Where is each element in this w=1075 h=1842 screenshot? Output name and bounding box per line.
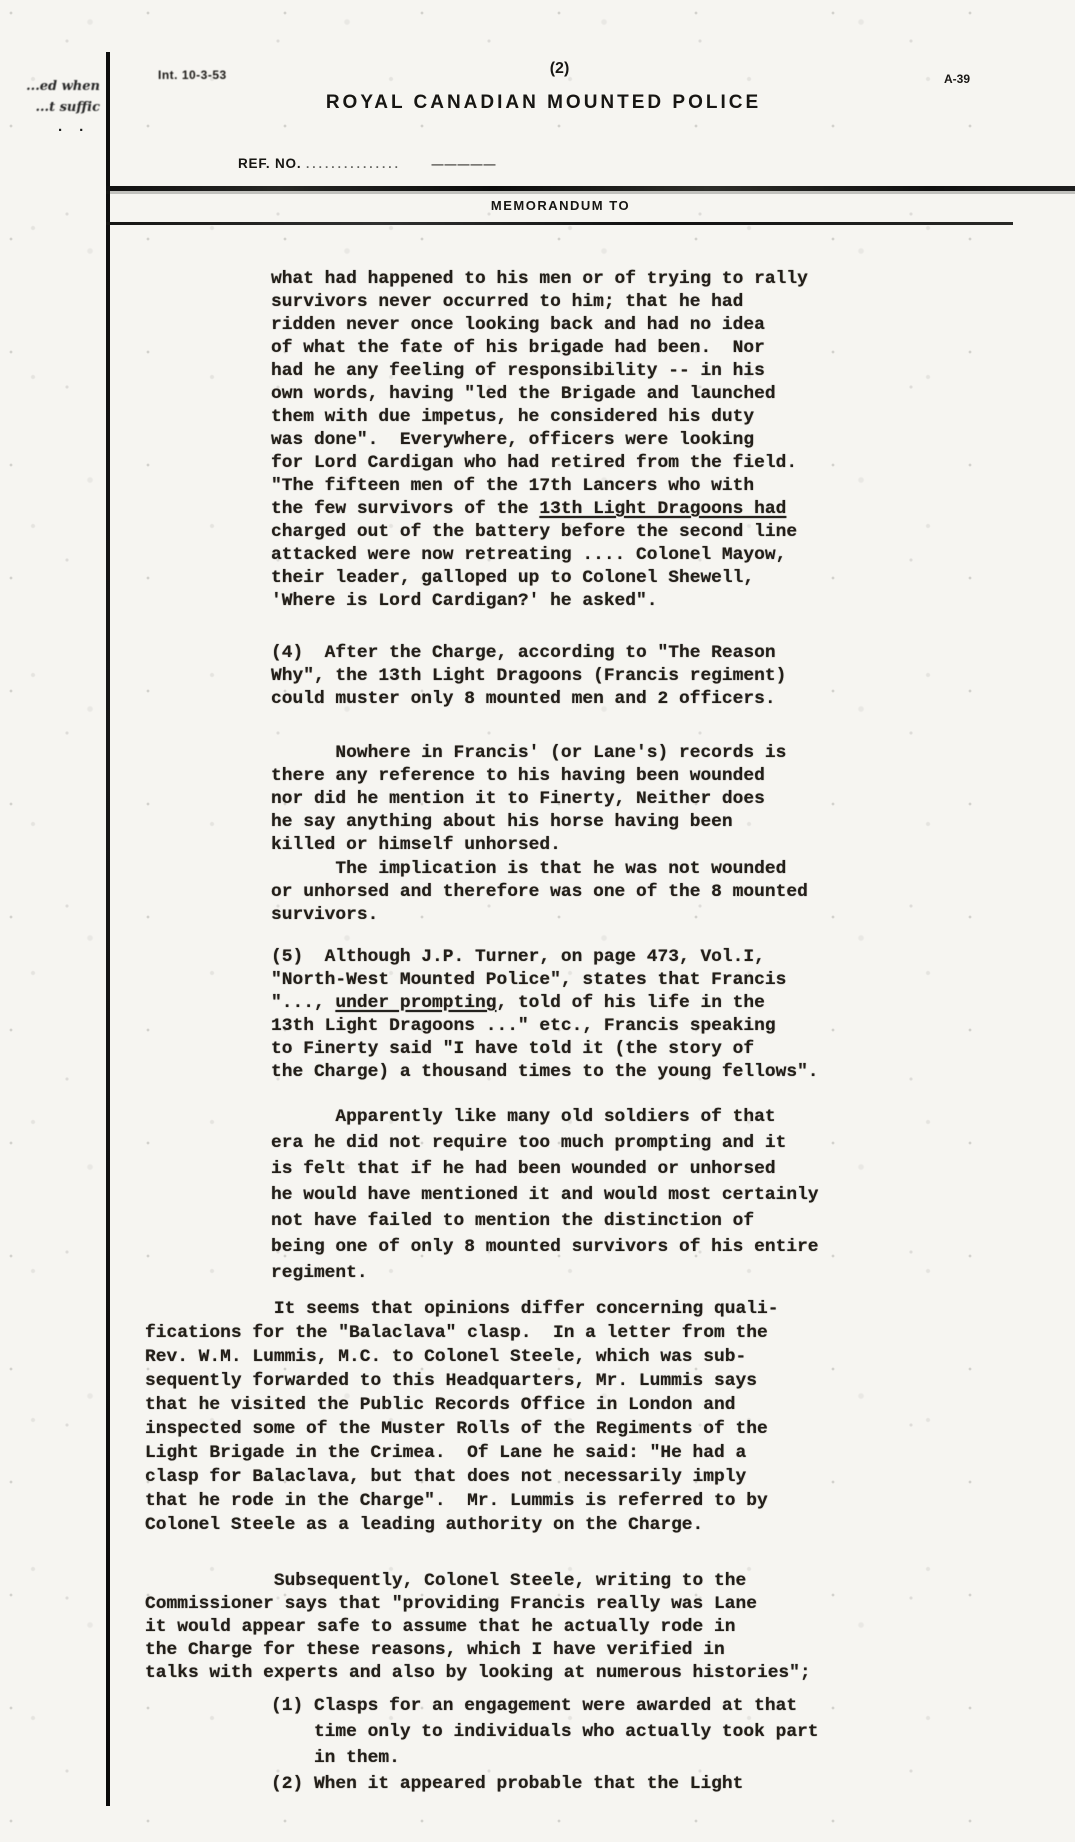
scan-layer: ...ed when ...t suffic · · Int. 10-3-53 … xyxy=(0,0,1075,1842)
text-line: or unhorsed and therefore was one of the… xyxy=(271,881,808,904)
text-line: ridden never once looking back and had n… xyxy=(271,314,808,337)
text-line: The implication is that he was not wound… xyxy=(271,858,808,881)
text-line: there any reference to his having been w… xyxy=(271,765,786,788)
text-line: (5) Although J.P. Turner, on page 473, V… xyxy=(271,946,819,969)
text-line: was done". Everywhere, officers were loo… xyxy=(271,429,808,452)
paragraph: (4) After the Charge, according to "The … xyxy=(271,642,786,711)
text-line: Light Brigade in the Crimea. Of Lane he … xyxy=(145,1441,778,1465)
text-line: being one of only 8 mounted survivors of… xyxy=(271,1234,819,1260)
paragraph: The implication is that he was not wound… xyxy=(271,858,808,927)
paragraph: Subsequently, Colonel Steele, writing to… xyxy=(145,1570,811,1685)
text-line: the Charge for these reasons, which I ha… xyxy=(145,1639,811,1662)
text-line: fications for the "Balaclava" clasp. In … xyxy=(145,1321,778,1345)
text-line: (1) Clasps for an engagement were awarde… xyxy=(271,1693,819,1719)
text-line: the Charge) a thousand times to the youn… xyxy=(271,1061,819,1084)
text-line: Rev. W.M. Lummis, M.C. to Colonel Steele… xyxy=(145,1345,778,1369)
text-line: their leader, galloped up to Colonel She… xyxy=(271,567,808,590)
text-line: charged out of the battery before the se… xyxy=(271,521,808,544)
text-line: talks with experts and also by looking a… xyxy=(145,1662,811,1685)
text-line: "The fifteen men of the 17th Lancers who… xyxy=(271,475,808,498)
document-body: what had happened to his men or of tryin… xyxy=(0,0,1075,1842)
text-line: It seems that opinions differ concerning… xyxy=(145,1297,778,1321)
text-line: regiment. xyxy=(271,1260,819,1286)
text-line: he say anything about his horse having b… xyxy=(271,811,786,834)
text-line: that he rode in the Charge". Mr. Lummis … xyxy=(145,1489,778,1513)
text-line: of what the fate of his brigade had been… xyxy=(271,337,808,360)
paragraph: It seems that opinions differ concerning… xyxy=(145,1297,778,1537)
text-line: to Finerty said "I have told it (the sto… xyxy=(271,1038,819,1061)
text-line: in them. xyxy=(271,1745,819,1771)
paragraph: (5) Although J.P. Turner, on page 473, V… xyxy=(271,946,819,1084)
text-line: them with due impetus, he considered his… xyxy=(271,406,808,429)
paragraph: Nowhere in Francis' (or Lane's) records … xyxy=(271,742,786,857)
text-line: clasp for Balaclava, but that does not n… xyxy=(145,1465,778,1489)
text-line: inspected some of the Muster Rolls of th… xyxy=(145,1417,778,1441)
text-line: time only to individuals who actually to… xyxy=(271,1719,819,1745)
text-line: the few survivors of the 13th Light Drag… xyxy=(271,498,808,521)
text-line: "North-West Mounted Police", states that… xyxy=(271,969,819,992)
text-line: Why", the 13th Light Dragoons (Francis r… xyxy=(271,665,786,688)
text-line: is felt that if he had been wounded or u… xyxy=(271,1156,819,1182)
text-line: nor did he mention it to Finerty, Neithe… xyxy=(271,788,786,811)
text-line: that he visited the Public Records Offic… xyxy=(145,1393,778,1417)
paragraph: Apparently like many old soldiers of tha… xyxy=(271,1104,819,1286)
paragraph: what had happened to his men or of tryin… xyxy=(271,268,808,613)
text-line: killed or himself unhorsed. xyxy=(271,834,786,857)
paragraph: (1) Clasps for an engagement were awarde… xyxy=(271,1693,819,1797)
text-line: own words, having "led the Brigade and l… xyxy=(271,383,808,406)
text-line: "..., under prompting, told of his life … xyxy=(271,992,819,1015)
text-line: Colonel Steele as a leading authority on… xyxy=(145,1513,778,1537)
text-line: it would appear safe to assume that he a… xyxy=(145,1616,811,1639)
text-line: 'Where is Lord Cardigan?' he asked". xyxy=(271,590,808,613)
text-line: for Lord Cardigan who had retired from t… xyxy=(271,452,808,475)
text-line: not have failed to mention the distincti… xyxy=(271,1208,819,1234)
text-line: sequently forwarded to this Headquarters… xyxy=(145,1369,778,1393)
text-line: Nowhere in Francis' (or Lane's) records … xyxy=(271,742,786,765)
text-line: had he any feeling of responsibility -- … xyxy=(271,360,808,383)
text-line: could muster only 8 mounted men and 2 of… xyxy=(271,688,786,711)
text-line: 13th Light Dragoons ..." etc., Francis s… xyxy=(271,1015,819,1038)
text-line: Apparently like many old soldiers of tha… xyxy=(271,1104,819,1130)
text-line: Subsequently, Colonel Steele, writing to… xyxy=(145,1570,811,1593)
scanned-memo-page: ...ed when ...t suffic · · Int. 10-3-53 … xyxy=(0,0,1075,1842)
text-line: survivors never occurred to him; that he… xyxy=(271,291,808,314)
text-line: (4) After the Charge, according to "The … xyxy=(271,642,786,665)
text-line: attacked were now retreating .... Colone… xyxy=(271,544,808,567)
text-line: Commissioner says that "providing Franci… xyxy=(145,1593,811,1616)
text-line: era he did not require too much promptin… xyxy=(271,1130,819,1156)
text-line: survivors. xyxy=(271,904,808,927)
text-line: he would have mentioned it and would mos… xyxy=(271,1182,819,1208)
text-line: what had happened to his men or of tryin… xyxy=(271,268,808,291)
text-line: (2) When it appeared probable that the L… xyxy=(271,1771,819,1797)
